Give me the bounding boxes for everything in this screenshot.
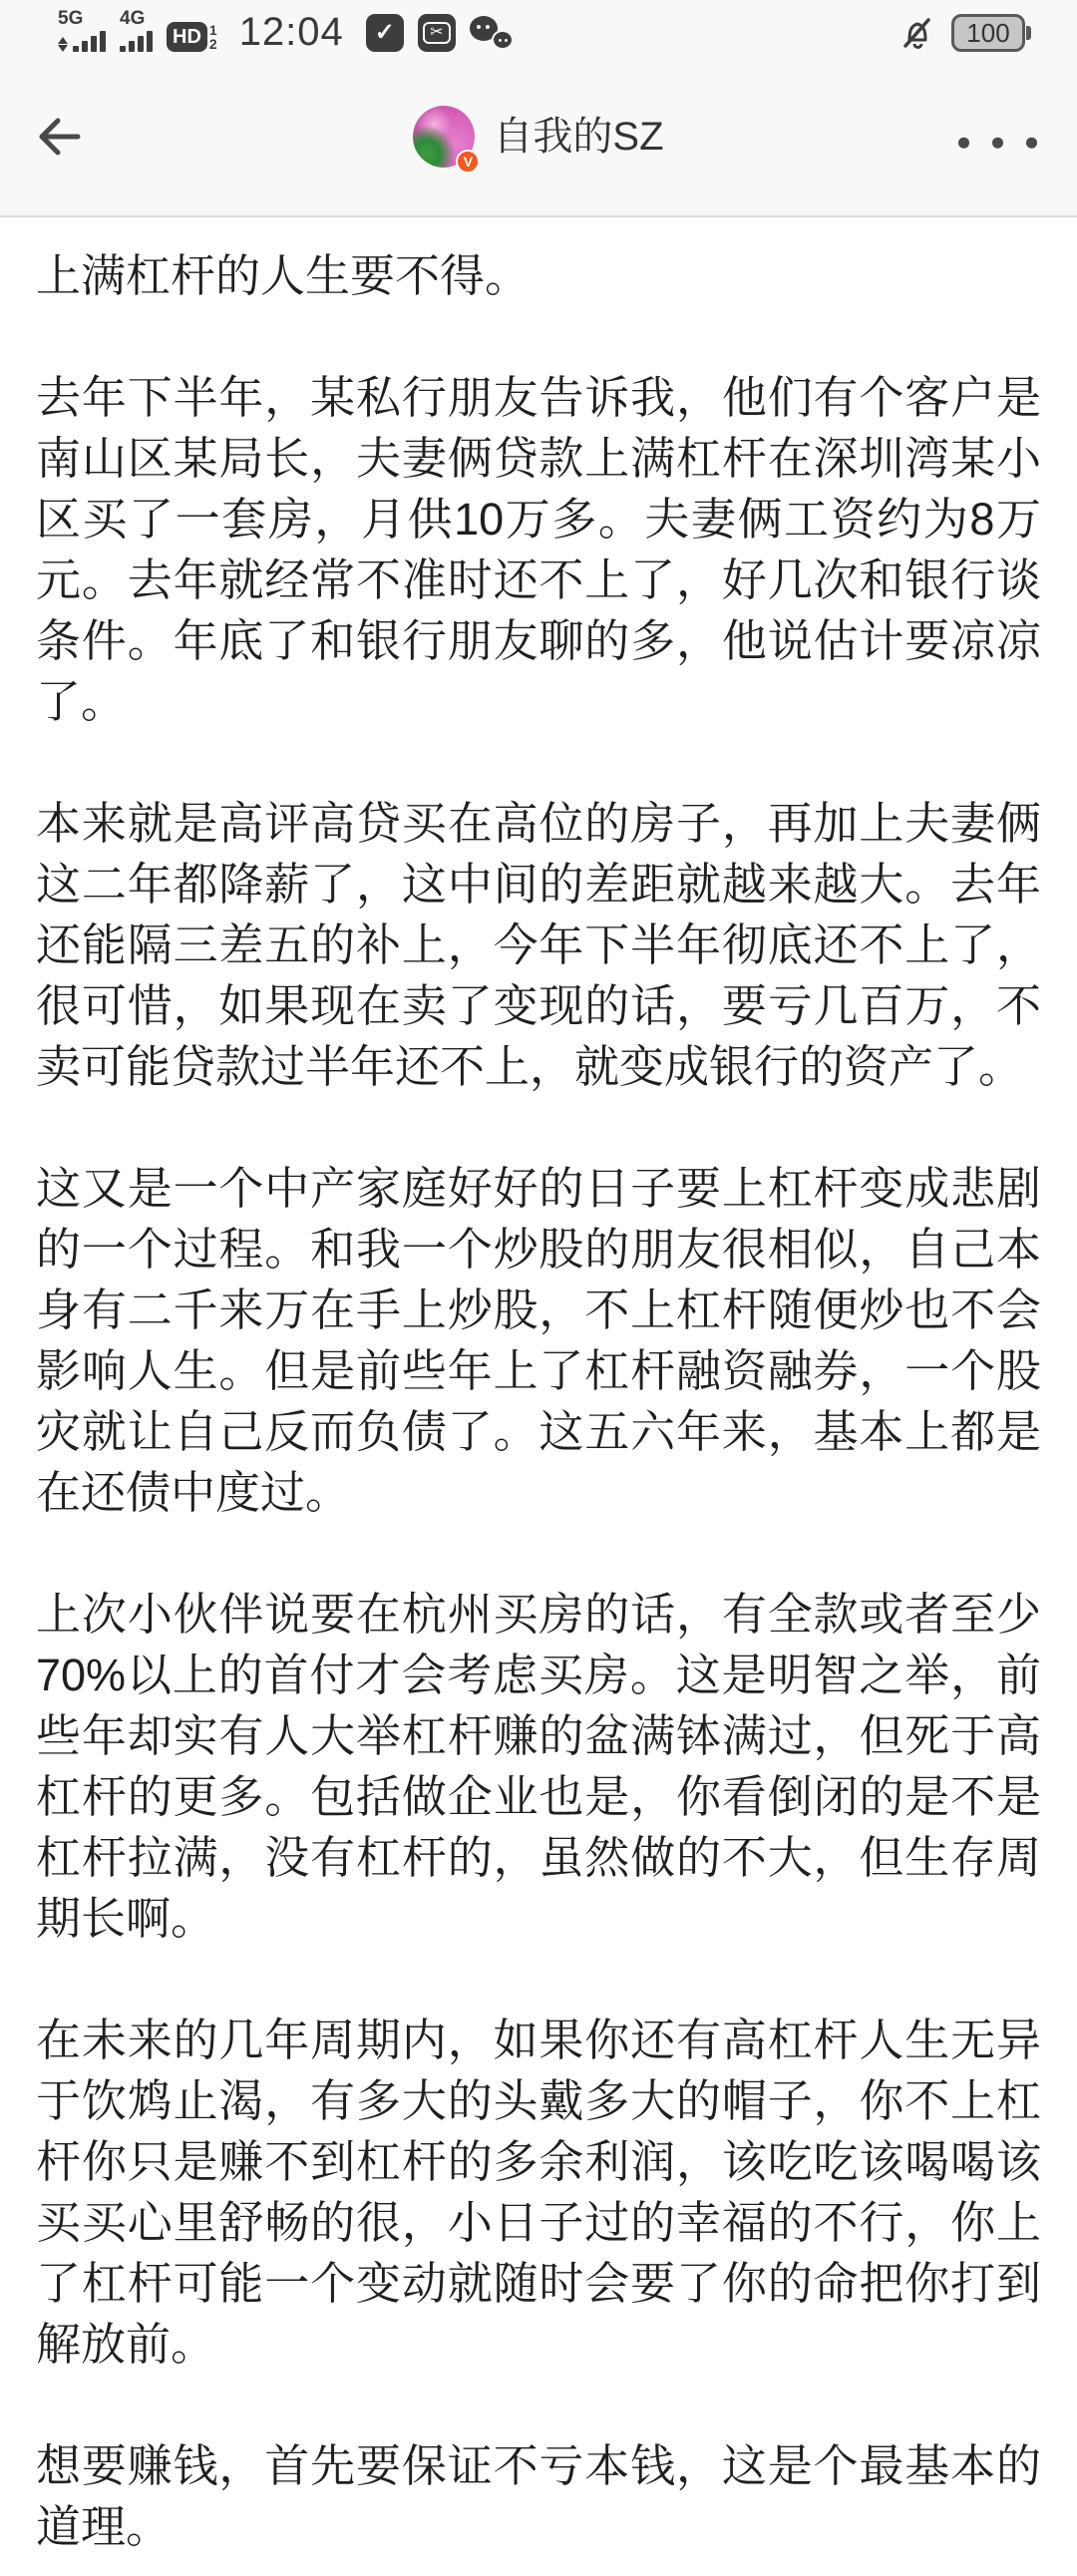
paragraph: 想要赚钱，首先要保证不亏本钱，这是个最基本的道理。 — [36, 2435, 1041, 2557]
status-bar: 5G 4G — [0, 0, 1077, 58]
status-left-cluster: 5G 4G — [58, 9, 514, 52]
mute-bell-icon — [897, 12, 937, 52]
back-button[interactable] — [28, 108, 86, 166]
data-arrows-icon — [58, 37, 68, 52]
verified-badge: V — [456, 150, 480, 174]
top-chrome: 5G 4G — [0, 0, 1077, 217]
avatar[interactable]: V — [413, 106, 475, 168]
header: V 自我的SZ — [0, 58, 1077, 215]
phone-screen: 5G 4G — [0, 0, 1077, 2576]
sim-indicator: 1 2 — [209, 23, 217, 51]
profile-header[interactable]: V 自我的SZ — [413, 106, 663, 168]
article-body: 上满杠杆的人生要不得。 去年下半年，某私行朋友告诉我，他们有个客户是南山区某局长… — [0, 217, 1077, 2557]
screenshot-scissors-icon: ✂ — [418, 14, 456, 52]
paragraph: 本来就是高评高贷买在高位的房子，再加上夫妻俩这二年都降薪了，这中间的差距就越来越… — [36, 793, 1041, 1097]
hd-volte-icon: HD 1 2 — [167, 22, 217, 52]
battery-icon: 100 — [951, 14, 1025, 52]
wechat-icon — [470, 14, 514, 52]
task-check-icon: ✓ — [366, 14, 404, 52]
signal-4g-icon: 4G — [120, 9, 153, 52]
dot-icon — [992, 138, 1003, 149]
signal-bars-icon — [120, 31, 153, 52]
more-options-button[interactable] — [954, 128, 1041, 159]
signal-bars-icon — [73, 31, 106, 52]
status-right-cluster: 100 — [897, 12, 1025, 52]
dot-icon — [1026, 138, 1037, 149]
paragraph: 在未来的几年周期内，如果你还有高杠杆人生无异于饮鸩止渴，有多大的头戴多大的帽子，… — [36, 2010, 1041, 2375]
username: 自我的SZ — [493, 117, 663, 157]
hd-badge: HD — [167, 22, 207, 52]
paragraph: 去年下半年，某私行朋友告诉我，他们有个客户是南山区某局长，夫妻俩贷款上满杠杆在深… — [36, 367, 1041, 732]
network-5g-label: 5G — [58, 9, 83, 28]
status-time: 12:04 — [239, 12, 344, 52]
paragraph: 这又是一个中产家庭好好的日子要上杠杆变成悲剧的一个过程。和我一个炒股的朋友很相似… — [36, 1158, 1041, 1523]
paragraph: 上满杠杆的人生要不得。 — [36, 245, 1041, 306]
network-4g-label: 4G — [120, 9, 145, 28]
dot-icon — [958, 138, 969, 149]
paragraph: 上次小伙伴说要在杭州买房的话，有全款或者至少70%以上的首付才会考虑买房。这是明… — [36, 1584, 1041, 1949]
signal-5g-icon: 5G — [58, 9, 106, 52]
